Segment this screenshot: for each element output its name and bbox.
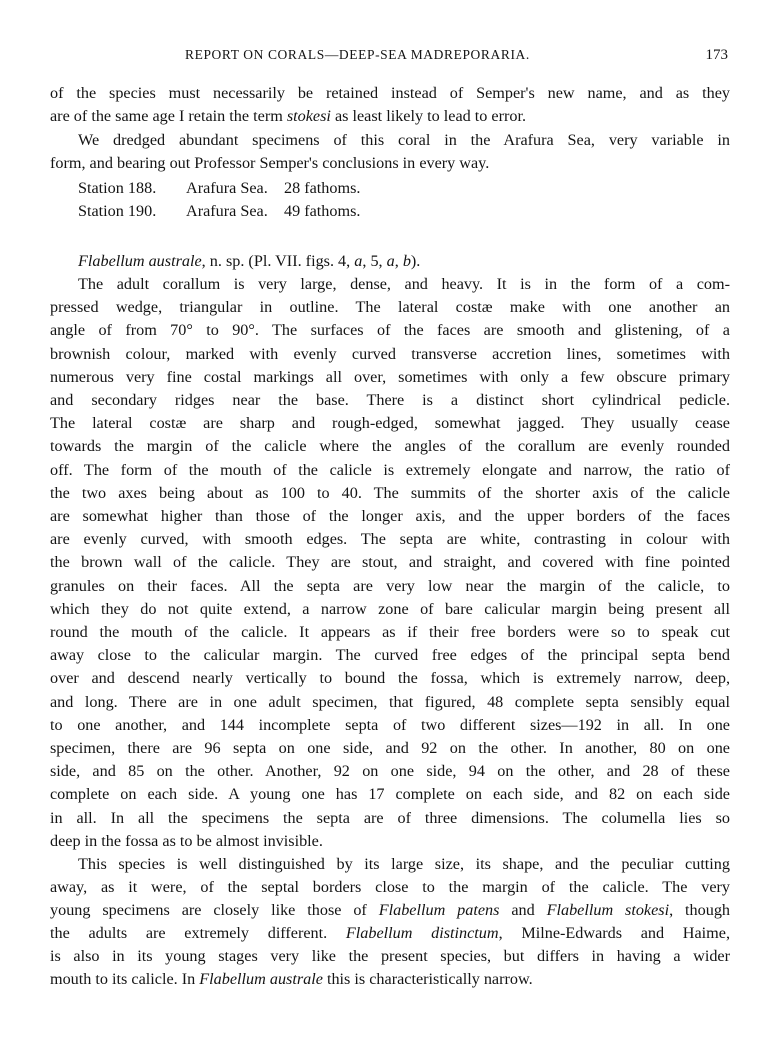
text-line: granules on their faces. All the septa a… [50,575,730,598]
text-line: The lateral costæ are sharp and rough-ed… [50,412,730,435]
station-locality: Arafura Sea. [186,177,284,200]
text-line: the two axes being about as 100 to 40. T… [50,482,730,505]
station-number: Station 188. [78,177,186,200]
text-line: are somewhat higher than those of the lo… [50,505,730,528]
species-name: Flabellum stokesi [547,901,670,919]
text-line: away close to the calicular margin. The … [50,644,730,667]
text-line: pressed wedge, triangular in outline. Th… [50,296,730,319]
running-head: REPORT ON CORALS—DEEP-SEA MADREPORARIA. … [0,47,776,67]
station-record: Station 190.Arafura Sea.49 fathoms. [78,200,360,223]
text-span: mouth to its calicle. In [50,970,199,988]
species-name: Flabellum patens [379,901,500,919]
text-line: specimen, there are 96 septa on one side… [50,737,730,760]
text-span: , Milne-Edwards and Haime, [499,924,730,942]
text-span: , though [669,901,730,919]
text-line: young specimens are closely like those o… [50,899,730,922]
text-line: away, as it were, of the septal borders … [50,876,730,899]
text-span: , [395,252,403,270]
text-span: are of the same age I retain the term [50,107,287,125]
species-name: Flabellum australe [199,970,323,988]
text-line: deep in the fossa as to be almost invisi… [50,830,730,853]
figure-ref: b [403,252,411,270]
text-span: young specimens are closely like those o… [50,901,379,919]
text-span: this is characteristically narrow. [323,970,533,988]
species-heading: Flabellum australe, n. sp. (Pl. VII. fig… [78,250,420,273]
text-line: is also in its young stages very like th… [50,945,730,968]
text-line: side, and 85 on the other. Another, 92 o… [50,760,730,783]
station-number: Station 190. [78,200,186,223]
text-line: We dredged abundant specimens of this co… [78,129,730,152]
text-line: over and descend nearly vertically to bo… [50,667,730,690]
text-line: to one another, and 144 incomplete septa… [50,714,730,737]
text-span: as least likely to lead to error. [331,107,526,125]
text-line: mouth to its calicle. In Flabellum austr… [50,968,730,991]
text-span: , 5, [362,252,386,270]
text-line: are of the same age I retain the term st… [50,105,730,128]
text-span: the adults are extremely different. [50,924,346,942]
text-line: round the mouth of the calicle. It appea… [50,621,730,644]
text-line: in all. In all the specimens the septa a… [50,807,730,830]
text-line: the adults are extremely different. Flab… [50,922,730,945]
text-line: angle of from 70° to 90°. The surfaces o… [50,319,730,342]
station-depth: 28 fathoms. [284,177,360,200]
text-line: which they do not quite extend, a narrow… [50,598,730,621]
text-line: numerous very fine costal markings all o… [50,366,730,389]
station-record: Station 188.Arafura Sea.28 fathoms. [78,177,360,200]
text-line: brownish colour, marked with evenly curv… [50,343,730,366]
figure-ref: a [387,252,395,270]
text-span: , n. sp. (Pl. VII. figs. 4, [202,252,355,270]
text-line: are evenly curved, with smooth edges. Th… [50,528,730,551]
station-locality: Arafura Sea. [186,200,284,223]
text-line: and secondary ridges near the base. Ther… [50,389,730,412]
text-span: ). [411,252,420,270]
text-line: form, and bearing out Professor Semper's… [50,152,730,175]
page-number: 173 [706,47,729,64]
text-line: the brown wall of the calicle. They are … [50,551,730,574]
species-name: Flabellum distinctum [346,924,499,942]
text-line: The adult corallum is very large, dense,… [78,273,730,296]
text-line: and long. There are in one adult specime… [50,691,730,714]
text-line: This species is well distinguished by it… [78,853,730,876]
text-line: towards the margin of the calicle where … [50,435,730,458]
species-name: Flabellum australe [78,252,202,270]
species-epithet: stokesi [287,107,331,125]
running-head-title: REPORT ON CORALS—DEEP-SEA MADREPORARIA. [185,47,530,63]
text-line: of the species must necessarily be retai… [50,82,730,105]
text-line: complete on each side. A young one has 1… [50,783,730,806]
text-line: off. The form of the mouth of the calicl… [50,459,730,482]
text-span: and [499,901,546,919]
station-depth: 49 fathoms. [284,200,360,223]
